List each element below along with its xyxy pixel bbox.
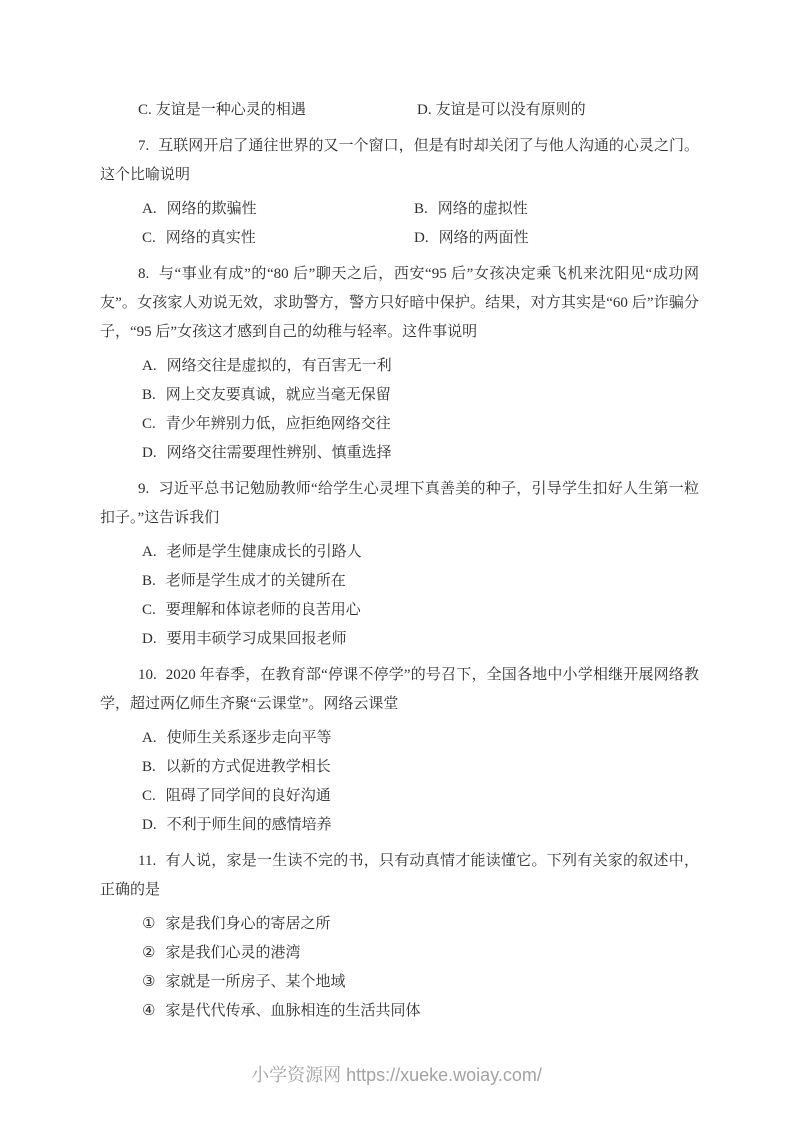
question-options: A. 网络的欺骗性 B. 网络的虚拟性 C. 网络的真实性 D. bbox=[100, 195, 699, 253]
option-row: D. 网络交往需要理性辨别、慎重选择 bbox=[142, 439, 699, 468]
option-label: B. bbox=[142, 753, 156, 782]
statement-4: ④ 家是代代传承、血脉相连的生活共同体 bbox=[142, 997, 420, 1026]
statement-text: 家就是一所房子、某个地域 bbox=[165, 968, 345, 997]
question-stem: 9.习近平总书记勉励教师“给学生心灵埋下真善美的种子，引导学生扣好人生第一粒扣子… bbox=[100, 475, 699, 533]
question-number: 7. bbox=[138, 138, 149, 154]
option-label: D. bbox=[414, 224, 429, 253]
option-row: B. 老师是学生成才的关键所在 bbox=[142, 567, 699, 596]
statement-1: ① 家是我们身心的寄居之所 bbox=[142, 910, 330, 939]
question-options: A. 老师是学生健康成长的引路人 B. 老师是学生成才的关键所在 C. 要理解和… bbox=[100, 538, 699, 654]
question-stem: 10.2020 年春季，在教育部“停课不停学”的号召下，全国各地中小学相继开展网… bbox=[100, 661, 699, 719]
option-label: C. bbox=[142, 596, 156, 625]
question-text: 2020 年春季，在教育部“停课不停学”的号召下，全国各地中小学相继开展网络教学… bbox=[100, 667, 699, 712]
option-text: 网络交往需要理性辨别、慎重选择 bbox=[167, 439, 392, 468]
option-row: C. 要理解和体谅老师的良苦用心 bbox=[142, 596, 699, 625]
option-label: C. bbox=[142, 224, 156, 253]
circled-number-2-icon: ② bbox=[142, 939, 155, 968]
option-text: 网络的欺骗性 bbox=[167, 195, 257, 224]
statement-row: ② 家是我们心灵的港湾 bbox=[142, 939, 699, 968]
question-stem: 11.有人说，家是一生读不完的书，只有动真情才能读懂它。下列有关家的叙述中，正确… bbox=[100, 847, 699, 905]
option-d: D. 网络交往需要理性辨别、慎重选择 bbox=[142, 439, 392, 468]
option-d: D. 网络的两面性 bbox=[414, 224, 529, 253]
question-number: 8. bbox=[138, 266, 149, 282]
option-text: 要用丰硕学习成果回报老师 bbox=[167, 625, 347, 654]
option-text: 友谊是可以没有原则的 bbox=[436, 96, 586, 125]
statement-text: 家是我们身心的寄居之所 bbox=[165, 910, 330, 939]
option-a: A. 使师生关系逐步走向平等 bbox=[142, 724, 332, 753]
option-text: 青少年辨别力低，应拒绝网络交往 bbox=[166, 410, 391, 439]
question-number: 9. bbox=[138, 481, 149, 497]
option-row: D. 不利于师生间的感情培养 bbox=[142, 811, 699, 840]
question-number: 11. bbox=[138, 853, 156, 869]
option-label: C. bbox=[142, 782, 156, 811]
option-text: 老师是学生成才的关键所在 bbox=[166, 567, 346, 596]
option-a: A. 老师是学生健康成长的引路人 bbox=[142, 538, 362, 567]
option-label: A. bbox=[142, 724, 157, 753]
option-row: A. 使师生关系逐步走向平等 bbox=[142, 724, 699, 753]
option-c: C. 青少年辨别力低，应拒绝网络交往 bbox=[142, 410, 391, 439]
option-a: A. 网络交往是虚拟的，有百害无一利 bbox=[142, 352, 392, 381]
option-text: 网络的虚拟性 bbox=[438, 195, 528, 224]
question-11: 11.有人说，家是一生读不完的书，只有动真情才能读懂它。下列有关家的叙述中，正确… bbox=[100, 847, 699, 1026]
statement-row: ① 家是我们身心的寄居之所 bbox=[142, 910, 699, 939]
option-label: D. bbox=[142, 439, 157, 468]
question-7: 7.互联网开启了通往世界的又一个窗口，但是有时却关闭了与他人沟通的心灵之门。这个… bbox=[100, 132, 699, 253]
option-label: D. bbox=[142, 625, 157, 654]
option-c: C. 友谊是一种心灵的相遇 bbox=[138, 96, 417, 125]
option-row: A. 网络的欺骗性 B. 网络的虚拟性 bbox=[142, 195, 699, 224]
option-label: B. bbox=[414, 195, 428, 224]
exam-content: C. 友谊是一种心灵的相遇 D. 友谊是可以没有原则的 7.互联网开启了通往世界… bbox=[0, 0, 793, 1026]
option-text: 老师是学生健康成长的引路人 bbox=[167, 538, 362, 567]
option-c: C. 阻碍了同学间的良好沟通 bbox=[142, 782, 331, 811]
option-text: 网络的真实性 bbox=[166, 224, 256, 253]
option-text: 以新的方式促进教学相长 bbox=[166, 753, 331, 782]
question-10: 10.2020 年春季，在教育部“停课不停学”的号召下，全国各地中小学相继开展网… bbox=[100, 661, 699, 840]
option-d: D. 不利于师生间的感情培养 bbox=[142, 811, 332, 840]
option-b: B. 以新的方式促进教学相长 bbox=[142, 753, 331, 782]
statement-text: 家是代代传承、血脉相连的生活共同体 bbox=[165, 997, 420, 1026]
question-options: A. 使师生关系逐步走向平等 B. 以新的方式促进教学相长 C. 阻碍了同学间的… bbox=[100, 724, 699, 840]
option-row: A. 老师是学生健康成长的引路人 bbox=[142, 538, 699, 567]
question-number: 10. bbox=[138, 667, 157, 683]
statement-row: ④ 家是代代传承、血脉相连的生活共同体 bbox=[142, 997, 699, 1026]
question-text: 习近平总书记勉励教师“给学生心灵埋下真善美的种子，引导学生扣好人生第一粒扣子。”… bbox=[100, 481, 699, 526]
question-6-options-row: C. 友谊是一种心灵的相遇 D. 友谊是可以没有原则的 bbox=[138, 96, 699, 125]
question-text: 与“事业有成”的“80 后”聊天之后，西安“95 后”女孩决定乘飞机来沈阳见“成… bbox=[100, 266, 699, 340]
statement-2: ② 家是我们心灵的港湾 bbox=[142, 939, 300, 968]
circled-number-4-icon: ④ bbox=[142, 997, 155, 1026]
question-text: 有人说，家是一生读不完的书，只有动真情才能读懂它。下列有关家的叙述中，正确的是 bbox=[100, 853, 699, 898]
option-label: B. bbox=[142, 381, 156, 410]
option-label: C. bbox=[142, 410, 156, 439]
option-label: C. bbox=[138, 96, 152, 125]
circled-number-1-icon: ① bbox=[142, 910, 155, 939]
statement-3: ③ 家就是一所房子、某个地域 bbox=[142, 968, 345, 997]
option-d: D. 友谊是可以没有原则的 bbox=[417, 96, 586, 125]
question-stem: 8.与“事业有成”的“80 后”聊天之后，西安“95 后”女孩决定乘飞机来沈阳见… bbox=[100, 260, 699, 347]
option-label: D. bbox=[142, 811, 157, 840]
question-9: 9.习近平总书记勉励教师“给学生心灵埋下真善美的种子，引导学生扣好人生第一粒扣子… bbox=[100, 475, 699, 654]
option-row: D. 要用丰硕学习成果回报老师 bbox=[142, 625, 699, 654]
option-text: 阻碍了同学间的良好沟通 bbox=[166, 782, 331, 811]
option-d: D. 要用丰硕学习成果回报老师 bbox=[142, 625, 347, 654]
question-stem: 7.互联网开启了通往世界的又一个窗口，但是有时却关闭了与他人沟通的心灵之门。这个… bbox=[100, 132, 699, 190]
question-options: A. 网络交往是虚拟的，有百害无一利 B. 网上交友要真诚，就应当毫无保留 C.… bbox=[100, 352, 699, 468]
option-text: 不利于师生间的感情培养 bbox=[167, 811, 332, 840]
option-text: 网络交往是虚拟的，有百害无一利 bbox=[167, 352, 392, 381]
option-b: B. 老师是学生成才的关键所在 bbox=[142, 567, 346, 596]
option-label: B. bbox=[142, 567, 156, 596]
option-row: B. 网上交友要真诚，就应当毫无保留 bbox=[142, 381, 699, 410]
statement-text: 家是我们心灵的港湾 bbox=[165, 939, 300, 968]
option-b: B. 网络的虚拟性 bbox=[414, 195, 528, 224]
option-row: C. 网络的真实性 D. 网络的两面性 bbox=[142, 224, 699, 253]
option-c: C. 要理解和体谅老师的良苦用心 bbox=[142, 596, 361, 625]
option-row: C. 青少年辨别力低，应拒绝网络交往 bbox=[142, 410, 699, 439]
option-label: A. bbox=[142, 195, 157, 224]
question-text: 互联网开启了通往世界的又一个窗口，但是有时却关闭了与他人沟通的心灵之门。这个比喻… bbox=[100, 138, 699, 183]
circled-number-3-icon: ③ bbox=[142, 968, 155, 997]
option-row: B. 以新的方式促进教学相长 bbox=[142, 753, 699, 782]
option-text: 要理解和体谅老师的良苦用心 bbox=[166, 596, 361, 625]
question-8: 8.与“事业有成”的“80 后”聊天之后，西安“95 后”女孩决定乘飞机来沈阳见… bbox=[100, 260, 699, 468]
option-text: 网络的两面性 bbox=[439, 224, 529, 253]
watermark-footer: 小学资源网 https://xueke.woiay.com/ bbox=[0, 1063, 793, 1087]
option-text: 网上交友要真诚，就应当毫无保留 bbox=[166, 381, 391, 410]
option-row: C. 阻碍了同学间的良好沟通 bbox=[142, 782, 699, 811]
question-statements: ① 家是我们身心的寄居之所 ② 家是我们心灵的港湾 ③ 家就是一所房子、某个地域 bbox=[100, 910, 699, 1026]
option-b: B. 网上交友要真诚，就应当毫无保留 bbox=[142, 381, 391, 410]
statement-row: ③ 家就是一所房子、某个地域 bbox=[142, 968, 699, 997]
option-label: A. bbox=[142, 352, 157, 381]
option-a: A. 网络的欺骗性 bbox=[142, 195, 414, 224]
option-text: 使师生关系逐步走向平等 bbox=[167, 724, 332, 753]
option-c: C. 网络的真实性 bbox=[142, 224, 414, 253]
option-label: A. bbox=[142, 538, 157, 567]
option-label: D. bbox=[417, 96, 432, 125]
option-row: A. 网络交往是虚拟的，有百害无一利 bbox=[142, 352, 699, 381]
exam-page: C. 友谊是一种心灵的相遇 D. 友谊是可以没有原则的 7.互联网开启了通往世界… bbox=[0, 0, 793, 1122]
option-text: 友谊是一种心灵的相遇 bbox=[156, 96, 306, 125]
